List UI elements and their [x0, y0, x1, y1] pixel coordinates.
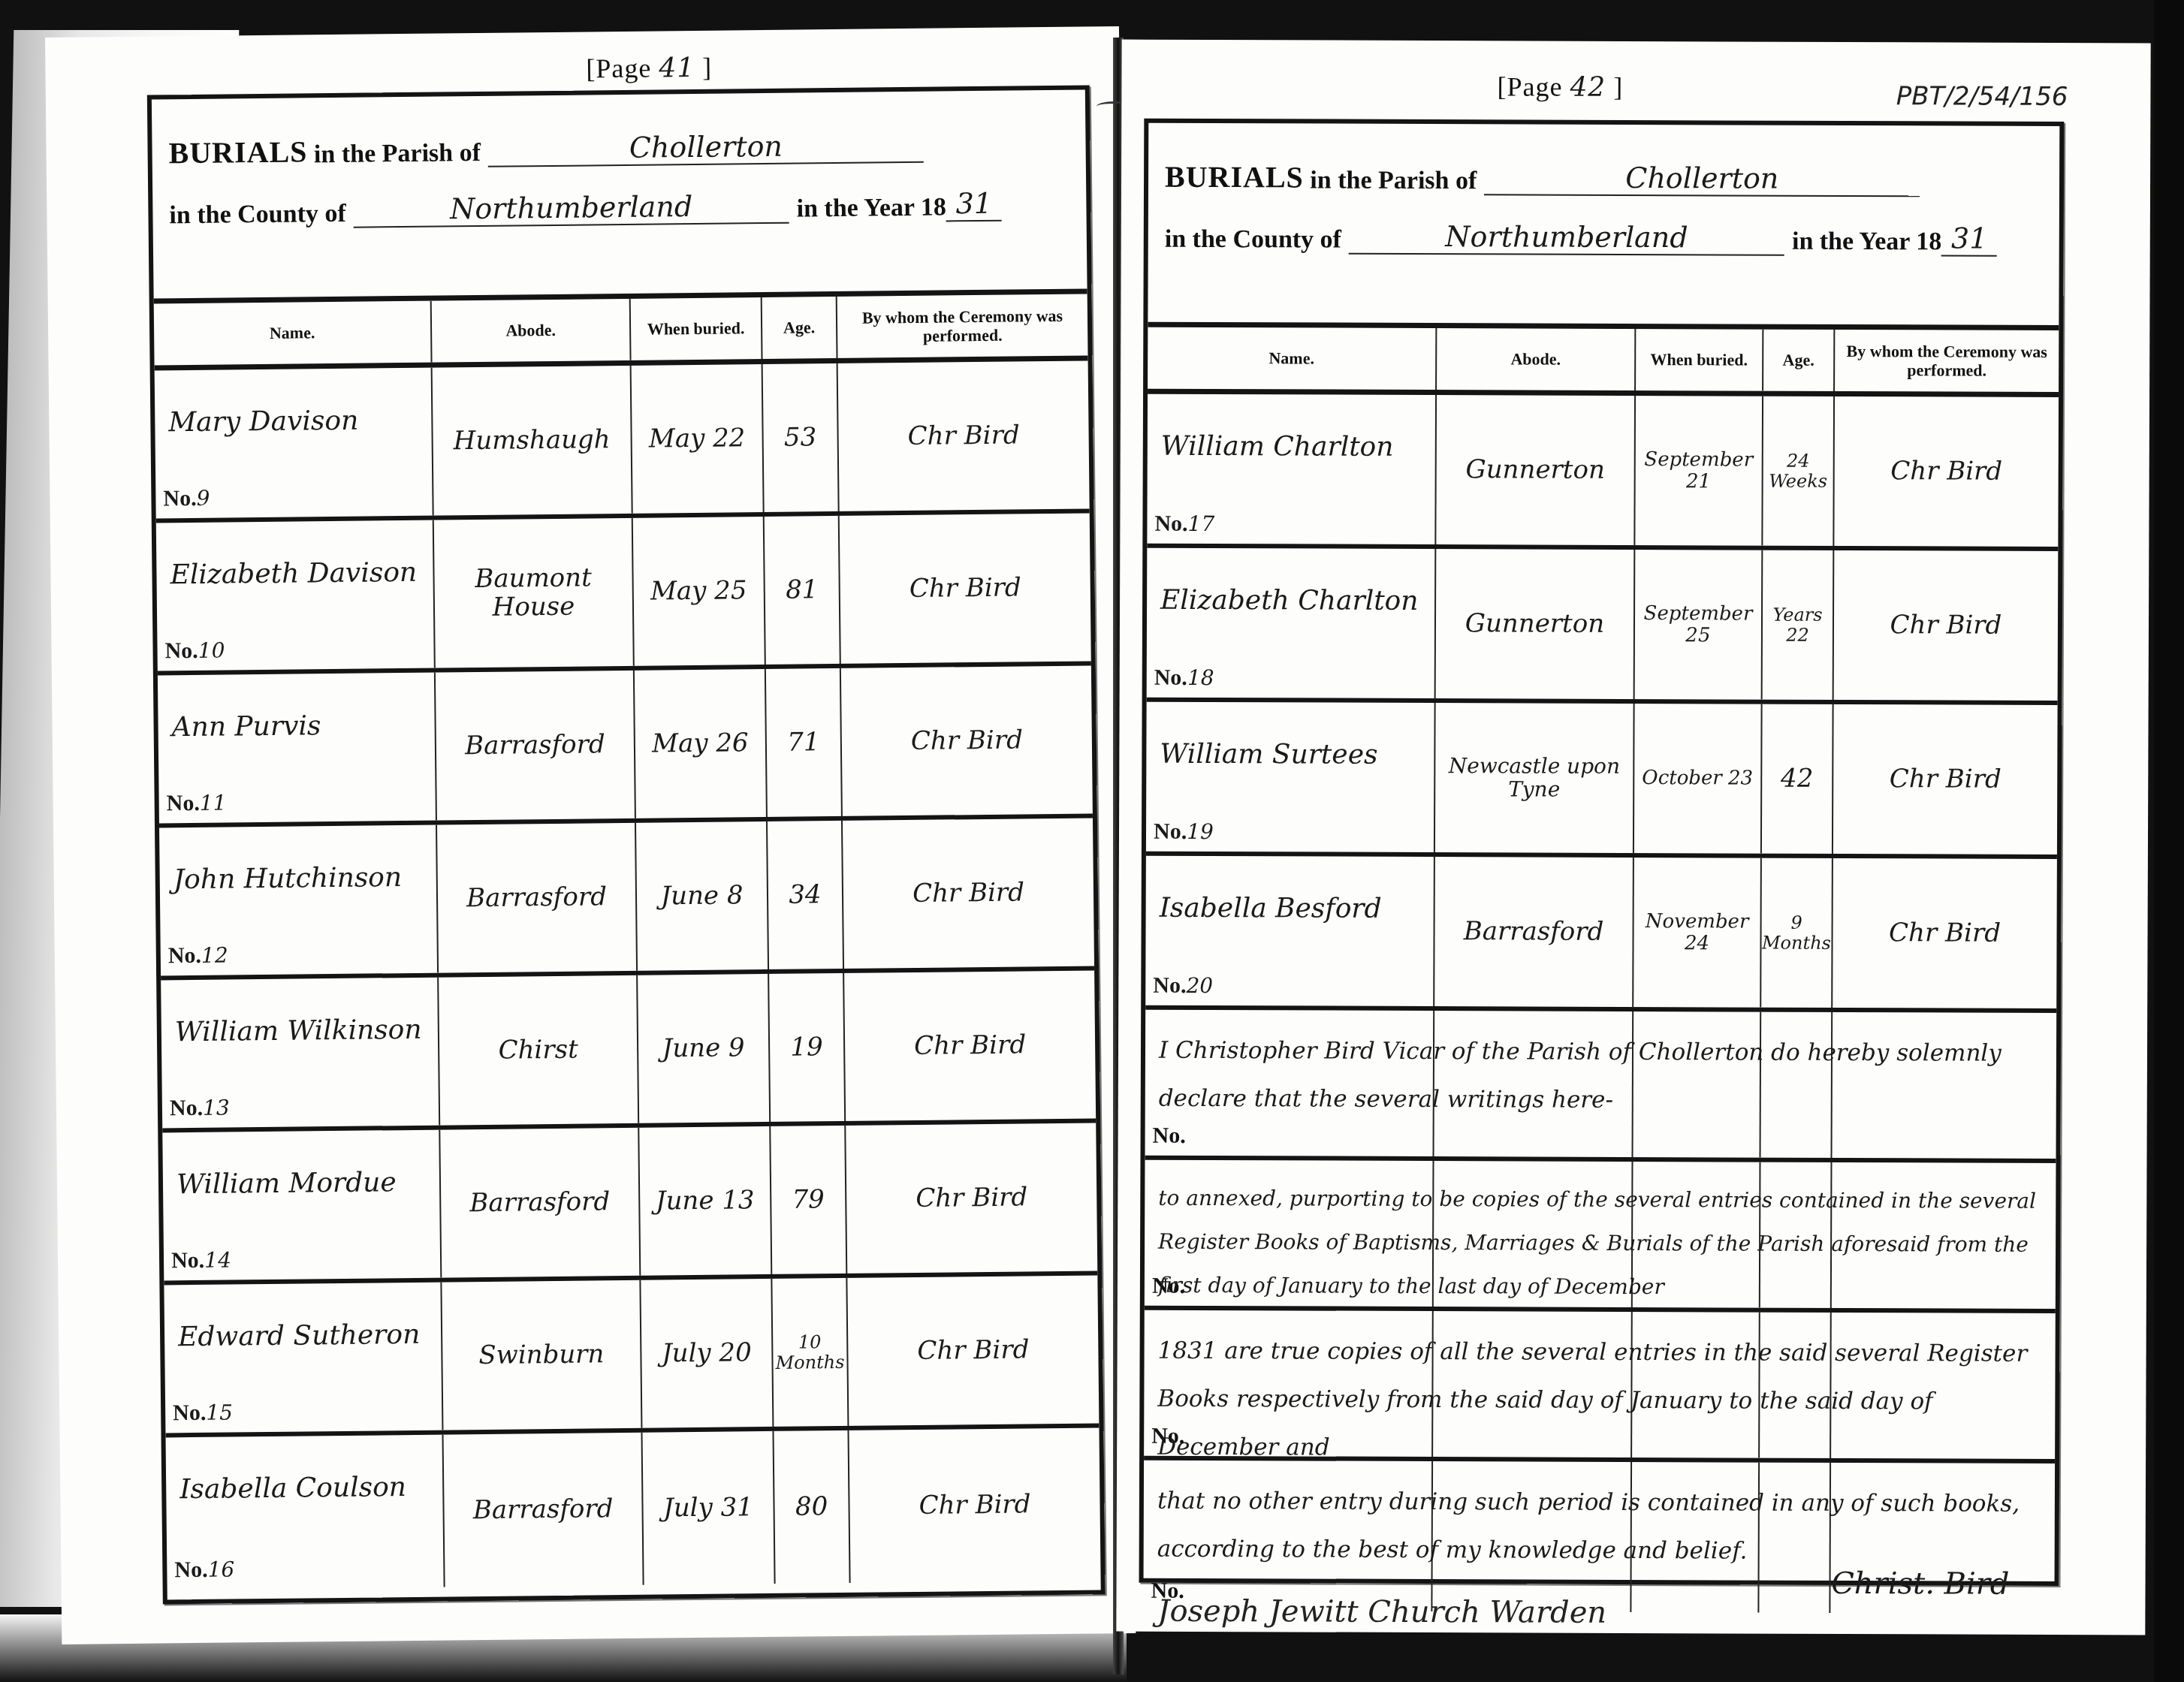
- entry-officiant: Chr Bird: [844, 970, 1096, 1120]
- year-field: 31: [1941, 222, 1997, 256]
- entry-officiant: Chr Bird: [840, 513, 1091, 663]
- entry-when-buried: May 25: [633, 517, 766, 666]
- entry-officiant: Chr Bird: [838, 360, 1090, 511]
- entry-number: No.15: [173, 1400, 233, 1425]
- entry-abode: Gunnerton: [1436, 549, 1636, 699]
- declaration-text-3: 1831 are true copies of all the several …: [1157, 1327, 2042, 1474]
- entry-abode: Barrasford: [437, 823, 638, 973]
- entry-name: John Hutchinson: [173, 863, 403, 895]
- parish-field: Chollerton: [1484, 161, 1920, 197]
- register-header: BURIALS in the Parish of Chollerton in t…: [152, 90, 1087, 304]
- entry-age: 19: [769, 973, 846, 1122]
- entries-table: Name. Abode. When buried. Age. By whom t…: [154, 294, 1101, 1590]
- entry-name: Elizabeth Charlton: [1160, 586, 1419, 616]
- entry-number: No.12: [168, 943, 228, 969]
- parish-line: BURIALS in the Parish of Chollerton: [168, 128, 931, 171]
- parish-line: BURIALS in the Parish of Chollerton: [1165, 159, 1927, 197]
- vicar-signature: Christ. Bird: [1831, 1566, 2009, 1602]
- table-row: John HutchinsonNo.12 Barrasford June 8 3…: [159, 818, 1094, 980]
- entry-when-buried: June 8: [636, 821, 769, 971]
- year-field: 31: [946, 187, 1002, 222]
- entry-officiant: Chr Bird: [1834, 396, 2059, 547]
- column-officiant: By whom the Ceremony was performed.: [837, 294, 1088, 357]
- page-number-value: 42: [1570, 72, 1606, 103]
- entry-name: William Mordue: [176, 1168, 397, 1200]
- page-number-right: [Page 42 ]: [1497, 71, 1623, 103]
- entry-when-buried: September 25: [1635, 550, 1763, 700]
- entry-abode: Barrasford: [444, 1433, 644, 1587]
- entry-abode: Swinburn: [442, 1280, 642, 1430]
- column-name: Name.: [1148, 327, 1437, 390]
- entry-name: William Wilkinson: [175, 1015, 422, 1047]
- column-age: Age.: [762, 297, 838, 359]
- declaration-text-1: I Christopher Bird Vicar of the Parish o…: [1159, 1026, 2043, 1126]
- table-header: Name. Abode. When buried. Age. By whom t…: [1148, 327, 2059, 397]
- entry-number: No.20: [1153, 973, 1213, 998]
- entry-age: 10 Months: [772, 1278, 849, 1427]
- entry-age: 53: [763, 363, 840, 512]
- column-when-buried: When buried.: [1636, 329, 1763, 391]
- county-field: Northumberland: [1349, 220, 1784, 256]
- entry-name: William Surtees: [1160, 740, 1377, 770]
- column-officiant: By whom the Ceremony was performed.: [1835, 330, 2059, 392]
- declaration-text-2: to annexed, purporting to be copies of t…: [1158, 1177, 2043, 1310]
- declaration-text-4: that no other entry during such period i…: [1157, 1477, 2041, 1576]
- entry-officiant: Chr Bird: [1833, 704, 2058, 855]
- entry-when-buried: November 24: [1633, 858, 1762, 1008]
- entry-abode: Barrasford: [1434, 857, 1634, 1007]
- register-header: BURIALS in the Parish of Chollerton in t…: [1148, 123, 2059, 330]
- entry-number: No.13: [170, 1096, 230, 1121]
- column-abode: Abode.: [432, 299, 632, 363]
- scan-background-edge: [2154, 0, 2184, 1682]
- column-abode: Abode.: [1437, 328, 1636, 390]
- table-row: Isabella CoulsonNo.16 Barrasford July 31…: [166, 1427, 1101, 1590]
- entry-abode: Newcastle upon Tyne: [1435, 703, 1635, 853]
- column-name: Name.: [154, 301, 433, 366]
- left-page: [Page 41 ] BURIALS in the Parish of Chol…: [45, 26, 1136, 1644]
- entry-number: No.16: [174, 1557, 234, 1582]
- entry-name: Elizabeth Davison: [170, 558, 417, 590]
- entry-when-buried: October 23: [1634, 704, 1763, 854]
- entry-number: No.18: [1154, 665, 1214, 690]
- entry-officiant: Chr Bird: [1833, 858, 2057, 1008]
- table-row: Mary DavisonNo.9 Humshaugh May 22 53 Chr…: [155, 360, 1090, 523]
- county-line: in the County of Northumberland in the Y…: [169, 187, 1002, 231]
- entry-when-buried: May 22: [632, 364, 765, 514]
- entry-abode: Gunnerton: [1436, 395, 1636, 545]
- entry-number: No.14: [171, 1247, 231, 1273]
- entry-officiant: Chr Bird: [847, 1275, 1099, 1425]
- entry-name: Edward Sutheron: [178, 1320, 421, 1352]
- table-row: Isabella BesfordNo.20 Barrasford Novembe…: [1145, 856, 2057, 1013]
- entry-name: Isabella Coulson: [179, 1473, 406, 1505]
- declaration-row: No. that no other entry during such peri…: [1143, 1460, 2055, 1614]
- entry-name: William Charlton: [1161, 432, 1394, 463]
- table-header: Name. Abode. When buried. Age. By whom t…: [154, 294, 1088, 370]
- entry-abode: Barrasford: [440, 1128, 641, 1278]
- entry-name: Mary Davison: [168, 406, 358, 438]
- entry-officiant: Chr Bird: [849, 1427, 1100, 1582]
- entry-when-buried: May 26: [635, 669, 768, 818]
- page-number-value: 41: [659, 53, 695, 83]
- column-age: Age.: [1763, 330, 1835, 391]
- entry-officiant: Chr Bird: [841, 665, 1093, 815]
- entry-abode: Barrasford: [436, 671, 636, 821]
- entry-abode: Baumont House: [434, 518, 635, 668]
- burial-register-table-right: BURIALS in the Parish of Chollerton in t…: [1139, 119, 2065, 1586]
- declaration-row: No. I Christopher Bird Vicar of the Pari…: [1145, 1010, 2056, 1163]
- churchwarden-signature: Joseph Jewitt Church Warden: [1157, 1594, 1606, 1630]
- entry-age: 79: [771, 1126, 847, 1274]
- entry-when-buried: July 31: [642, 1431, 775, 1585]
- entry-abode: Humshaugh: [433, 366, 633, 516]
- entry-name: Isabella Besford: [1160, 894, 1382, 924]
- entry-age: 42: [1762, 704, 1834, 854]
- table-row: Edward SutheronNo.15 Swinburn July 20 10…: [164, 1275, 1099, 1437]
- entry-age: 34: [768, 821, 844, 969]
- entry-name: Ann Purvis: [171, 711, 321, 743]
- table-row: William SurteesNo.19 Newcastle upon Tyne…: [1146, 702, 2058, 859]
- entry-when-buried: July 20: [641, 1279, 774, 1428]
- entry-age: 9 Months: [1761, 858, 1833, 1008]
- entry-number: No.19: [1154, 819, 1214, 844]
- archive-reference: PBT/2/54/156: [1896, 81, 2068, 112]
- entry-number: No.: [1153, 1123, 1186, 1148]
- entry-officiant: Chr Bird: [846, 1123, 1097, 1273]
- parish-field: Chollerton: [488, 128, 924, 167]
- table-row: William CharltonNo.17 Gunnerton Septembe…: [1147, 394, 2059, 551]
- entry-number: No.10: [164, 638, 225, 664]
- page-number-left: [Page 41 ]: [586, 52, 712, 85]
- entry-when-buried: June 9: [638, 974, 771, 1123]
- entry-officiant: Chr Bird: [843, 818, 1094, 968]
- entry-officiant: Chr Bird: [1834, 550, 2059, 701]
- entry-age: 24 Weeks: [1763, 396, 1835, 546]
- right-page: [Page 42 ] PBT/2/54/156 BURIALS in the P…: [1116, 40, 2150, 1635]
- table-row: Elizabeth CharltonNo.18 Gunnerton Septem…: [1147, 548, 2059, 705]
- declaration-row: No. 1831 are true copies of all the seve…: [1144, 1310, 2056, 1463]
- entry-when-buried: June 13: [639, 1126, 772, 1276]
- burial-register-table-left: BURIALS in the Parish of Chollerton in t…: [147, 85, 1106, 1604]
- entry-abode: Chirst: [439, 975, 639, 1126]
- declaration-row: No. to annexed, purporting to be copies …: [1145, 1160, 2056, 1313]
- entry-when-buried: September 21: [1635, 396, 1763, 546]
- entry-age: 71: [766, 668, 843, 817]
- entry-number: No.17: [1154, 511, 1214, 536]
- entry-age: 81: [765, 516, 841, 665]
- entries-table: Name. Abode. When buried. Age. By whom t…: [1143, 327, 2059, 1614]
- column-when-buried: When buried.: [631, 297, 763, 360]
- entry-age: 80: [774, 1430, 850, 1584]
- county-field: Northumberland: [353, 189, 789, 228]
- table-row: William WilkinsonNo.13 Chirst June 9 19 …: [161, 970, 1096, 1132]
- table-row: William MordueNo.14 Barrasford June 13 7…: [162, 1123, 1097, 1285]
- table-row: Ann PurvisNo.11 Barrasford May 26 71 Chr…: [158, 665, 1093, 827]
- county-line: in the County of Northumberland in the Y…: [1165, 219, 1998, 257]
- entry-number: No.11: [167, 791, 227, 816]
- entry-age: Years 22: [1763, 550, 1835, 700]
- table-row: Elizabeth DavisonNo.10 Baumont House May…: [156, 513, 1091, 675]
- entry-number: No.9: [163, 486, 210, 511]
